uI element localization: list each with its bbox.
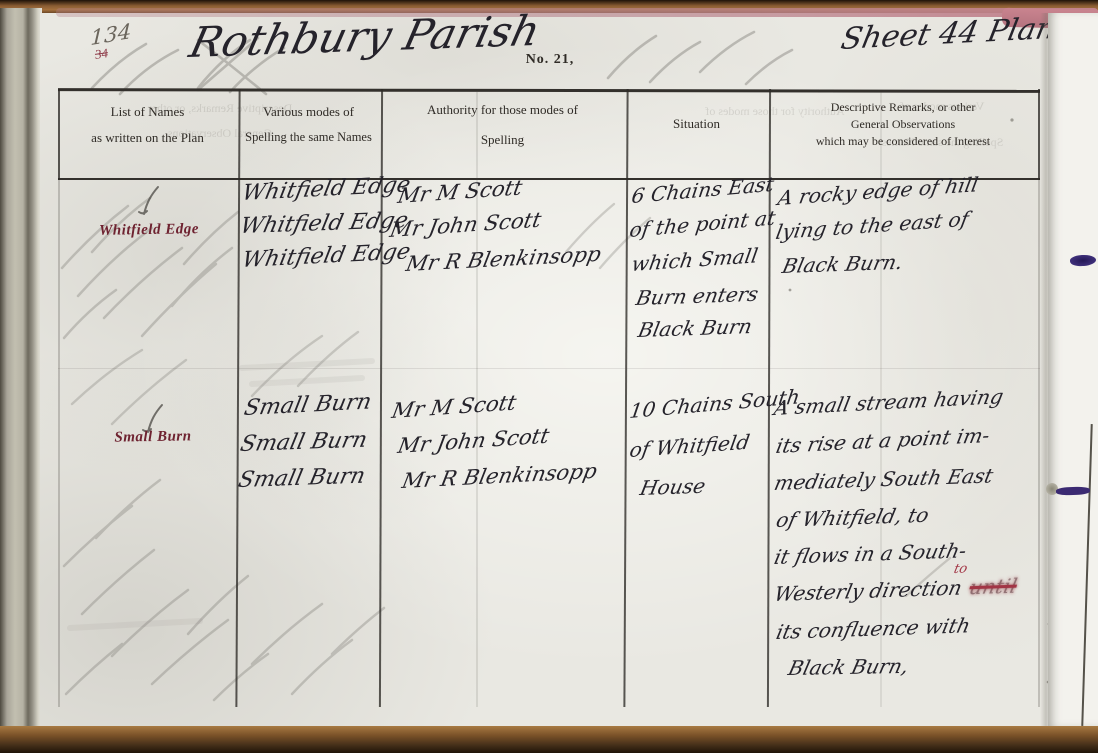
column-header-spelling-modes: Various modes of: [237, 104, 380, 120]
folio-number-red: 34: [94, 45, 109, 63]
correction-strike: until: [967, 574, 1019, 600]
spelling-line: Small Burn: [238, 428, 370, 457]
entry-name-whitfield-edge: Whitfield Edge: [88, 221, 210, 240]
column-header-remarks-line3: which may be considered of Interest: [768, 134, 1038, 149]
page-stack-edge: [1048, 13, 1098, 726]
table-left-border-lower: [58, 180, 60, 707]
entry-name-small-burn: Small Burn: [92, 428, 214, 447]
column-header-names: List of Names: [58, 104, 237, 120]
correction-replacement: to: [952, 561, 968, 576]
remarks-line: Black Burn.: [780, 250, 905, 278]
column-header-spelling-modes-line2: Spelling the same Names: [237, 130, 380, 145]
column-header-situation: Situation: [625, 116, 768, 132]
spelling-line: Small Burn: [236, 464, 368, 493]
column-header-authority: Authority for those modes of: [380, 102, 625, 118]
situation-line: House: [638, 474, 708, 500]
situation-line: Black Burn: [636, 314, 754, 342]
column-header-remarks-line2: General Observations: [768, 117, 1038, 132]
situation-line: Burn enters: [634, 282, 760, 310]
scanned-name-book-page: 134 34 Rothbury Parish No. 21, Sheet 44 …: [0, 0, 1098, 753]
column-header-names-line2: as written on the Plan: [58, 130, 237, 146]
paper-crease-horizontal: [58, 368, 1040, 369]
remarks-line: Black Burn,: [786, 654, 911, 680]
wood-table-bottom: [0, 726, 1098, 753]
page-number: No. 21,: [520, 52, 580, 68]
column-header-remarks: Descriptive Remarks, or other: [768, 100, 1038, 115]
column-header-authority-line2: Spelling: [380, 132, 625, 148]
